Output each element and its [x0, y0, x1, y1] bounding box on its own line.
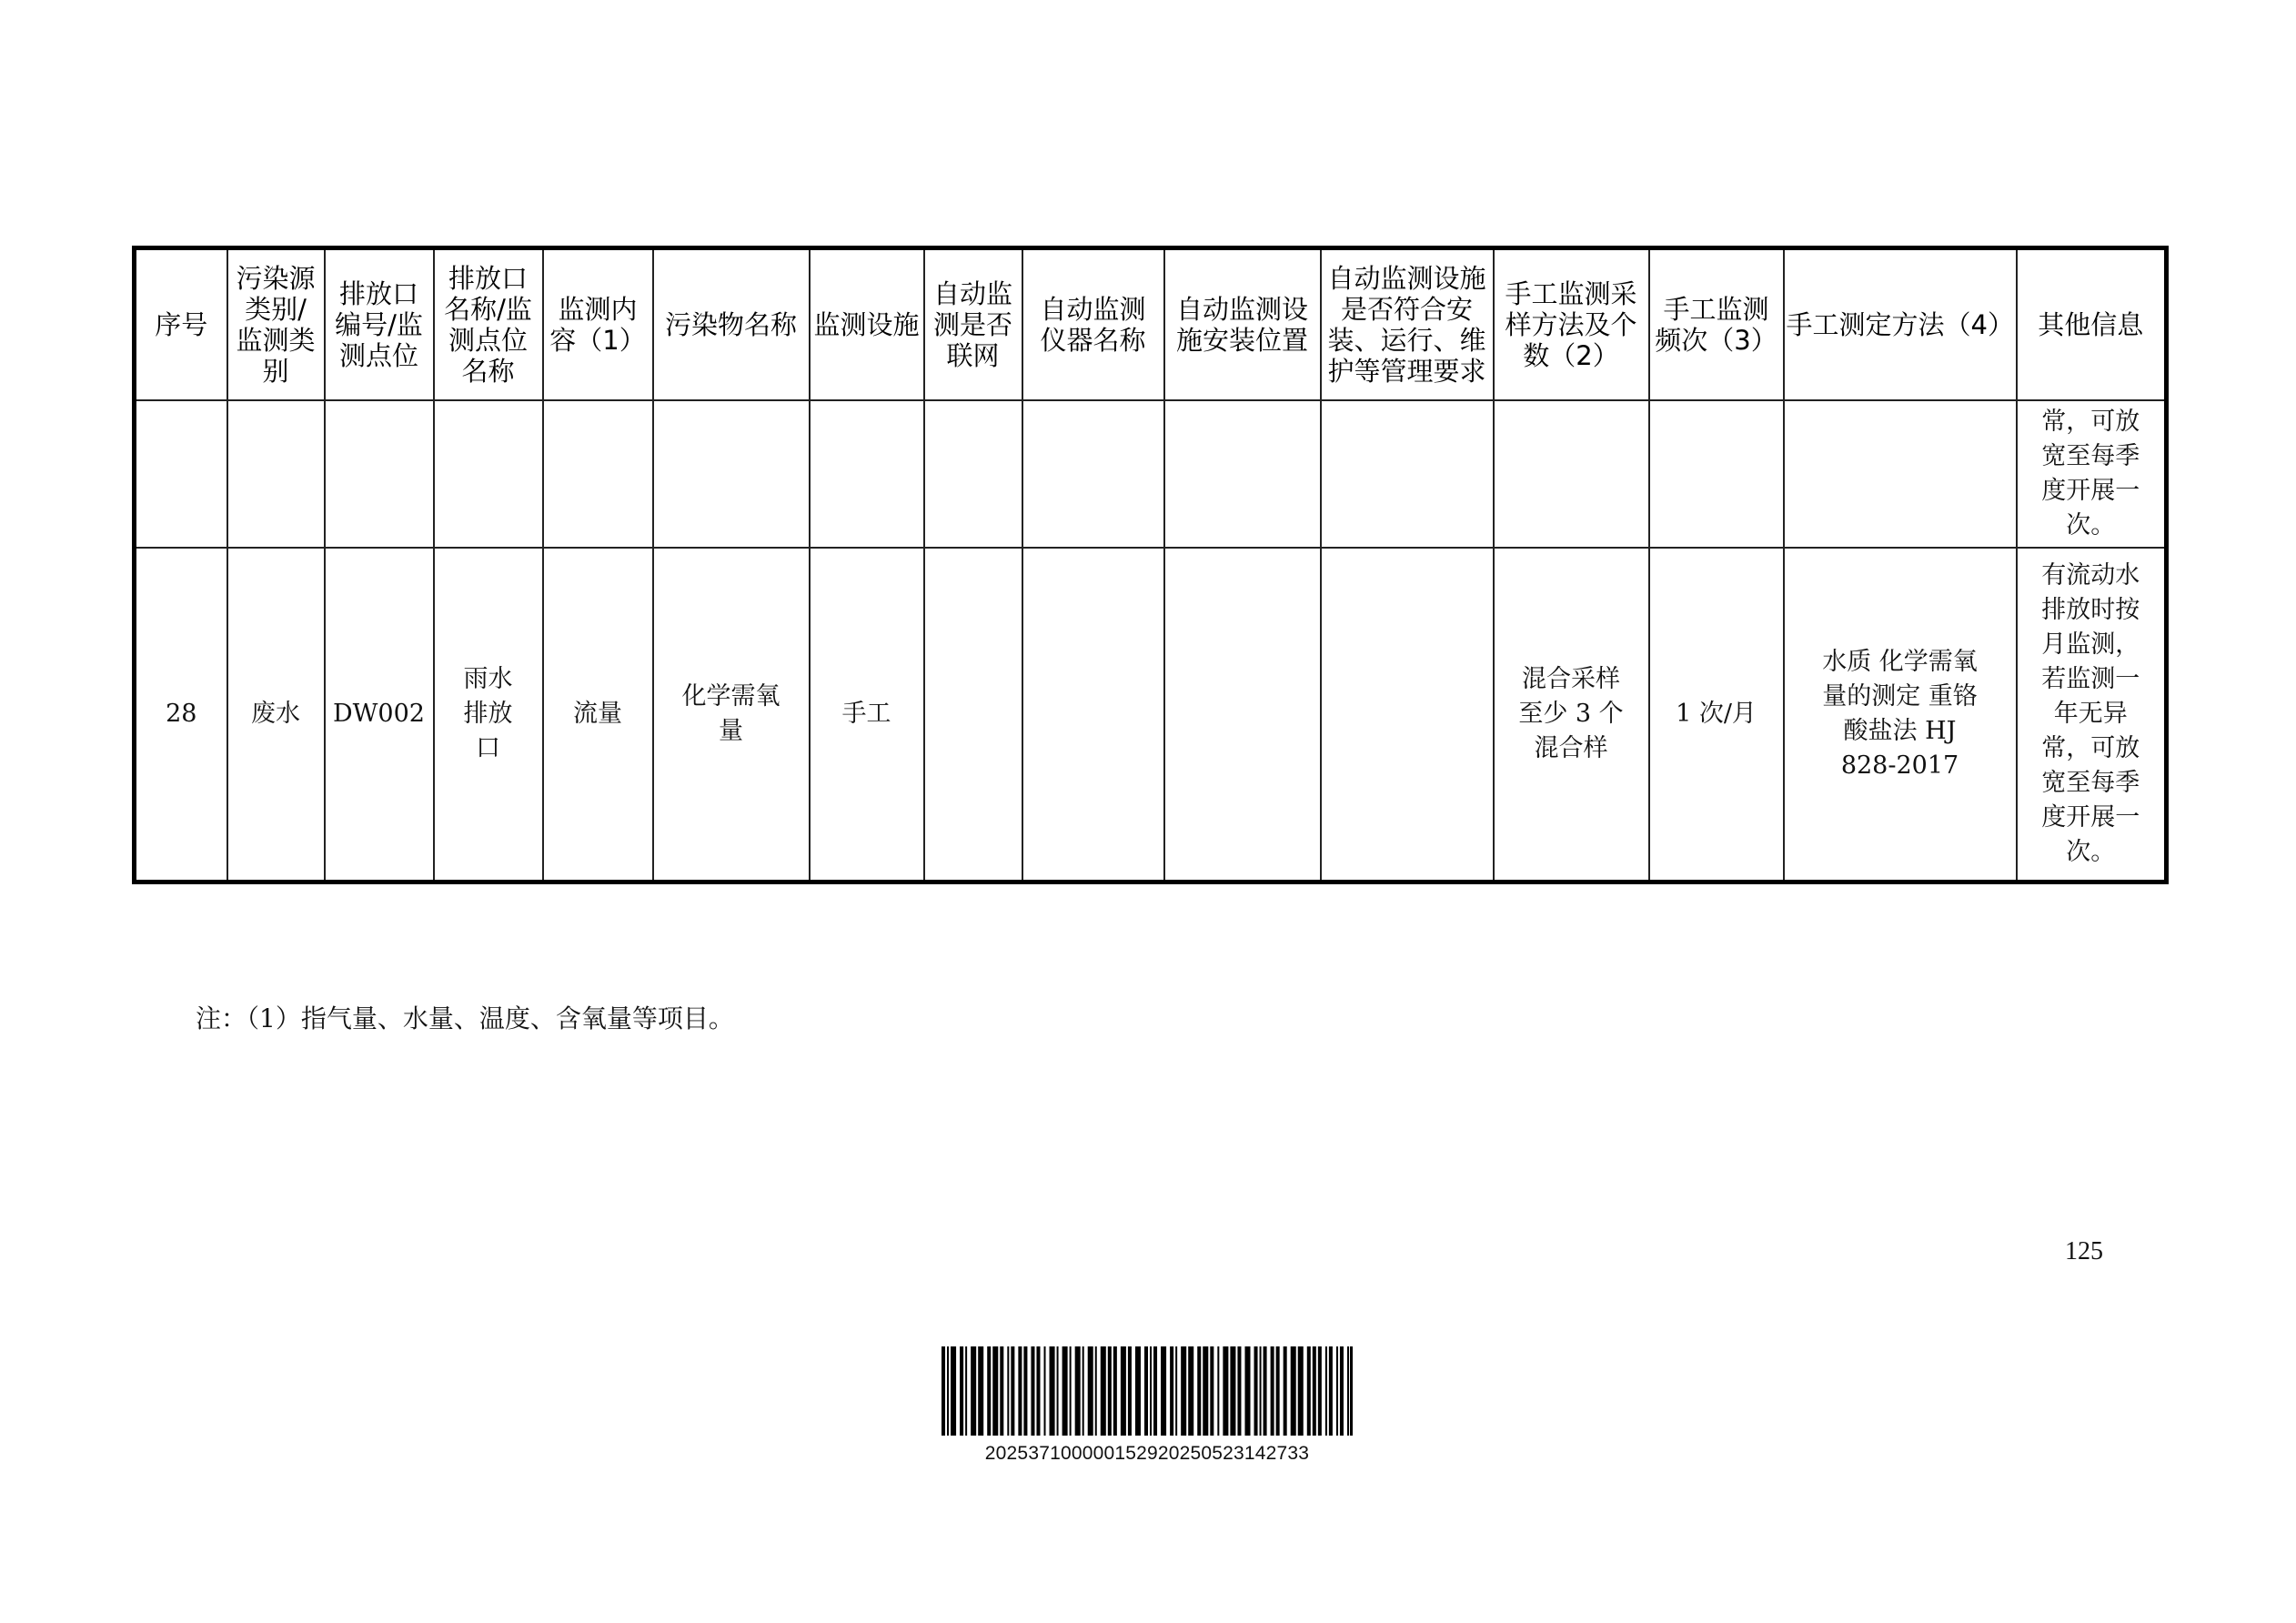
cell-monitor-content	[543, 400, 653, 548]
header-monitor-content: 监测内 容（1）	[543, 248, 653, 401]
header-label: 自动监 测是否 联网	[933, 278, 1012, 371]
table-header-row: 序号 污染源 类别/ 监测类 别 排放口 编号/监 测点位 排放口 名称/监 测…	[135, 248, 2167, 401]
cell-text: 1 次/月	[1676, 697, 1757, 731]
cell-outlet-code: DW002	[325, 548, 434, 882]
header-label: 监测内 容（1）	[549, 294, 645, 356]
header-label: 污染物名称	[665, 309, 797, 340]
cell-other-info: 常，可放 宽至每季 度开展一 次。	[2017, 400, 2167, 548]
cell-text: 雨水 排放 口	[464, 662, 513, 766]
cell-auto-location	[1164, 548, 1321, 882]
cell-text: 废水	[251, 697, 300, 731]
header-auto-networked: 自动监 测是否 联网	[924, 248, 1022, 401]
cell-auto-compliance	[1321, 400, 1494, 548]
cell-manual-method: 水质 化学需氧 量的测定 重铬 酸盐法 HJ 828-2017	[1784, 548, 2017, 882]
header-label: 自动监测 仪器名称	[1040, 294, 1145, 356]
header-label: 手工测定方法（4）	[1787, 309, 2014, 340]
header-label: 监测设施	[813, 309, 919, 340]
header-outlet-code: 排放口 编号/监 测点位	[325, 248, 434, 401]
header-label: 手工监测 频次（3）	[1655, 294, 1777, 356]
cell-outlet-name	[434, 400, 543, 548]
cell-monitor-content: 流量	[543, 548, 653, 882]
header-seq: 序号	[135, 248, 227, 401]
cell-text: 水质 化学需氧 量的测定 重铬 酸盐法 HJ 828-2017	[1822, 645, 1978, 783]
cell-source-category	[227, 400, 325, 548]
cell-pollutant: 化学需氧 量	[653, 548, 810, 882]
footnote: 注：（1）指气量、水量、温度、含氧量等项目。	[196, 999, 734, 1035]
header-manual-method: 手工测定方法（4）	[1784, 248, 2017, 401]
header-source-category: 污染源 类别/ 监测类 别	[227, 248, 325, 401]
header-other-info: 其他信息	[2017, 248, 2167, 401]
cell-text: DW002	[333, 697, 425, 731]
cell-text: 28	[166, 697, 196, 731]
cell-outlet-name: 雨水 排放 口	[434, 548, 543, 882]
document-page: 序号 污染源 类别/ 监测类 别 排放口 编号/监 测点位 排放口 名称/监 测…	[0, 0, 2296, 1623]
cell-facility	[810, 400, 924, 548]
cell-auto-instrument	[1022, 400, 1164, 548]
header-facility: 监测设施	[810, 248, 924, 401]
cell-manual-frequency: 1 次/月	[1649, 548, 1784, 882]
cell-text: 化学需氧 量	[682, 680, 780, 749]
header-label: 自动监测设施 是否符合安 装、运行、维 护等管理要求	[1327, 263, 1485, 387]
header-label: 污染源 类别/ 监测类 别	[236, 263, 315, 387]
header-label: 手工监测采 样方法及个 数（2）	[1505, 278, 1636, 371]
page-number: 125	[2065, 1237, 2103, 1266]
cell-auto-instrument	[1022, 548, 1164, 882]
cell-text: 流量	[573, 697, 622, 731]
table-row: 28 废水 DW002 雨水 排放 口 流量 化学需氧 量 手工 混合采样 至少…	[135, 548, 2167, 882]
cell-seq: 28	[135, 548, 227, 882]
header-manual-sampling: 手工监测采 样方法及个 数（2）	[1494, 248, 1649, 401]
header-auto-instrument: 自动监测 仪器名称	[1022, 248, 1164, 401]
cell-manual-sampling	[1494, 400, 1649, 548]
monitoring-table: 序号 污染源 类别/ 监测类 别 排放口 编号/监 测点位 排放口 名称/监 测…	[132, 246, 2169, 884]
cell-auto-compliance	[1321, 548, 1494, 882]
cell-auto-networked	[924, 548, 1022, 882]
header-label: 序号	[155, 309, 207, 340]
cell-other-info: 有流动水 排放时按 月监测， 若监测一 年无异 常，可放 宽至每季 度开展一 次…	[2017, 548, 2167, 882]
cell-text: 有流动水 排放时按 月监测， 若监测一 年无异 常，可放 宽至每季 度开展一 次…	[2041, 559, 2140, 870]
cell-outlet-code	[325, 400, 434, 548]
cell-facility: 手工	[810, 548, 924, 882]
header-label: 其他信息	[2038, 309, 2143, 340]
cell-auto-networked	[924, 400, 1022, 548]
header-auto-compliance: 自动监测设施 是否符合安 装、运行、维 护等管理要求	[1321, 248, 1494, 401]
header-pollutant: 污染物名称	[653, 248, 810, 401]
header-outlet-name: 排放口 名称/监 测点位 名称	[434, 248, 543, 401]
barcode-number: 202537100000152920250523142733	[942, 1443, 1353, 1465]
cell-manual-sampling: 混合采样 至少 3 个 混合样	[1494, 548, 1649, 882]
cell-manual-frequency	[1649, 400, 1784, 548]
cell-auto-location	[1164, 400, 1321, 548]
barcode-icon	[942, 1346, 1353, 1436]
header-label: 排放口 编号/监 测点位	[335, 278, 423, 371]
cell-source-category: 废水	[227, 548, 325, 882]
header-label: 排放口 名称/监 测点位 名称	[444, 263, 532, 387]
cell-text: 常，可放 宽至每季 度开展一 次。	[2041, 405, 2140, 543]
header-manual-frequency: 手工监测 频次（3）	[1649, 248, 1784, 401]
cell-text: 手工	[842, 697, 891, 731]
cell-pollutant	[653, 400, 810, 548]
table-row: 常，可放 宽至每季 度开展一 次。	[135, 400, 2167, 548]
cell-manual-method	[1784, 400, 2017, 548]
header-label: 自动监测设 施安装位置	[1176, 294, 1308, 356]
cell-text: 混合采样 至少 3 个 混合样	[1518, 662, 1623, 766]
header-auto-location: 自动监测设 施安装位置	[1164, 248, 1321, 401]
cell-seq	[135, 400, 227, 548]
